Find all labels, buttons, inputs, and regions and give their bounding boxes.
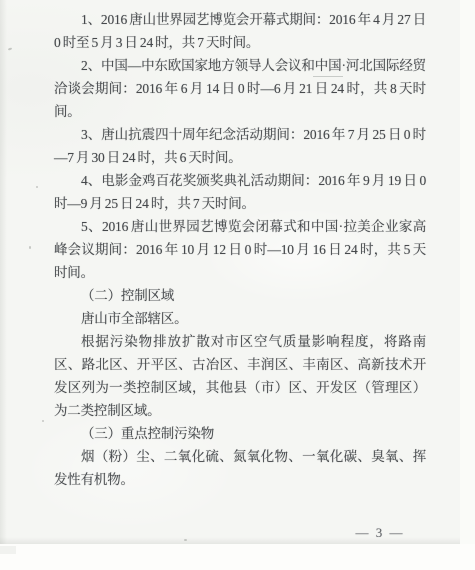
document-page: 1、2016 唐山世界园艺博览会开幕式期间：2016 年 4 月 27 日 0 … <box>0 0 460 544</box>
scan-speck <box>167 46 169 48</box>
paragraph-event-period-4: 4、电影金鸡百花奖颁奖典礼活动期间：2016 年 9 月 19 日 0 时—9 … <box>54 169 426 215</box>
scan-bottom-left-remnant <box>0 546 16 554</box>
paragraph-control-area-scope: 唐山市全部辖区。 <box>54 307 426 330</box>
paragraph-event-period-2: 2、中国—中东欧国家地方领导人会议和中国·河北国际经贸洽谈会期间：2016 年 … <box>54 54 426 123</box>
paragraph-event-period-1: 1、2016 唐山世界园艺博览会开幕式期间：2016 年 4 月 27 日 0 … <box>54 8 426 54</box>
scan-speck <box>36 186 38 188</box>
scan-speck <box>42 420 44 422</box>
scan-artifact-line <box>313 76 343 77</box>
scan-background-right-strip <box>460 0 475 544</box>
scan-speck <box>29 246 31 249</box>
scanned-document: 1、2016 唐山世界园艺博览会开幕式期间：2016 年 4 月 27 日 0 … <box>0 0 475 570</box>
scan-speck <box>184 539 187 541</box>
page-number: — 3 — <box>345 525 415 541</box>
paragraph-control-area-detail: 根据污染物排放扩散对市区空气质量影响程度，将路南区、路北区、开平区、古冶区、丰润… <box>54 330 426 422</box>
paragraph-event-period-3: 3、唐山抗震四十周年纪念活动期间：2016 年 7 月 25 日 0 时—7 月… <box>54 123 426 169</box>
heading-control-area: （二）控制区域 <box>54 284 426 307</box>
paragraph-event-period-5: 5、2016 唐山世界园艺博览会闭幕式和中国·拉美企业家高峰会议期间：2016 … <box>54 215 426 284</box>
scan-speck <box>8 47 12 50</box>
heading-key-pollutants: （三）重点控制污染物 <box>54 422 426 445</box>
paragraph-pollutants-list: 烟（粉）尘、二氧化硫、氮氧化物、一氧化碳、臭氧、挥发性有机物。 <box>54 445 426 491</box>
scan-left-edge-shadow <box>0 0 7 544</box>
document-body: 1、2016 唐山世界园艺博览会开幕式期间：2016 年 4 月 27 日 0 … <box>54 8 426 491</box>
